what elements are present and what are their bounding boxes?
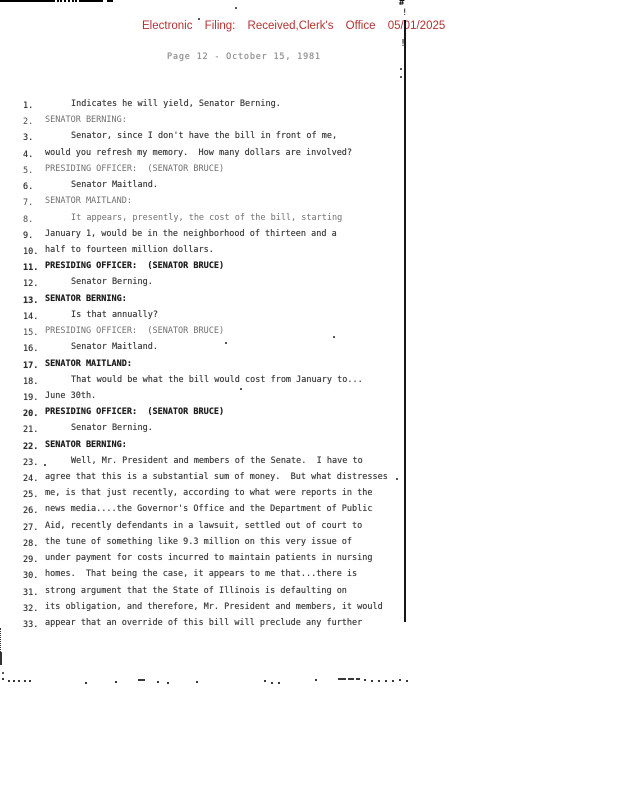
line-text: PRESIDING OFFICER: (SENATOR BRUCE) <box>45 326 224 336</box>
line-number: 10. <box>23 244 45 260</box>
line-number: 3. <box>23 130 45 146</box>
scan-noise <box>264 680 266 682</box>
line-text: June 30th. <box>45 391 96 401</box>
line-text: It appears, presently, the cost of the b… <box>45 213 342 223</box>
line-text: agree that this is a substantial sum of … <box>45 472 388 482</box>
line-text: Senator Berning. <box>45 423 153 433</box>
transcript-line: 32.its obligation, and therefore, Mr. Pr… <box>23 599 388 615</box>
transcript-line: 28.the tune of something like 9.3 millio… <box>23 534 388 550</box>
transcript-line: 25.me, is that just recently, according … <box>23 485 388 501</box>
line-text: Senator Berning. <box>45 277 153 287</box>
line-number: 27. <box>23 520 45 536</box>
transcript-line: 8.It appears, presently, the cost of the… <box>23 210 388 226</box>
transcript-line: 11.PRESIDING OFFICER: (SENATOR BRUCE) <box>23 258 388 274</box>
line-number: 11. <box>23 260 45 276</box>
scan-speck <box>396 478 398 480</box>
line-text: SENATOR BERNING: <box>45 115 127 125</box>
transcript-line: 14.Is that annually? <box>23 307 388 323</box>
line-text: news media....the Governor's Office and … <box>45 504 373 514</box>
transcript-line: 23.Well, Mr. President and members of th… <box>23 453 388 469</box>
line-text: half to fourteen million dollars. <box>45 245 214 255</box>
transcript-line: 24.agree that this is a substantial sum … <box>23 469 388 485</box>
transcript-line: 17.SENATOR MAITLAND: <box>23 356 388 372</box>
scan-noise <box>2 678 4 680</box>
line-text: homes. That being the case, it appears t… <box>45 569 357 579</box>
line-number: 18. <box>23 374 45 390</box>
line-number: 16. <box>23 341 45 357</box>
scan-noise <box>271 682 273 684</box>
transcript-line: 1.Indicates he will yield, Senator Berni… <box>23 96 388 112</box>
line-number: 28. <box>23 536 45 552</box>
scan-speck <box>198 18 200 20</box>
transcript-line: 13.SENATOR BERNING: <box>23 291 388 307</box>
transcript-line: 18.That would be what the bill would cos… <box>23 372 388 388</box>
transcript-line: 3.Senator, since I don't have the bill i… <box>23 128 388 144</box>
line-number: 25. <box>23 487 45 503</box>
scan-noise <box>8 680 10 682</box>
scan-noise <box>385 680 387 682</box>
scan-noise <box>13 680 15 682</box>
line-number: 12. <box>23 276 45 292</box>
scan-noise <box>278 682 280 684</box>
scan-speck <box>235 7 237 9</box>
line-number: 21. <box>23 422 45 438</box>
scan-vertical-line <box>404 20 406 622</box>
page-header: Page 12 - October 15, 1981 <box>167 52 321 62</box>
scan-exclamation-mark: ! <box>402 8 407 18</box>
line-number: 22. <box>23 439 45 455</box>
transcript-line: 31.strong argument that the State of Ill… <box>23 583 388 599</box>
line-number: 8. <box>23 212 45 228</box>
scan-noise <box>196 681 198 683</box>
scan-artifact-left-dotted <box>0 628 1 652</box>
scanned-transcript-page: Electronic Filing: Received,Clerk's Offi… <box>0 0 618 800</box>
scan-noise <box>371 680 373 682</box>
line-number: 32. <box>23 601 45 617</box>
scan-artifact-top-line <box>79 0 103 2</box>
line-number: 17. <box>23 358 45 374</box>
line-number: 24. <box>23 471 45 487</box>
line-text: the tune of something like 9.3 million o… <box>45 537 352 547</box>
line-text: appear that an override of this bill wil… <box>45 618 362 628</box>
line-text: under payment for costs incurred to main… <box>45 553 373 563</box>
transcript-line: 33.appear that an override of this bill … <box>23 615 388 631</box>
line-number: 26. <box>23 503 45 519</box>
transcript-line: 16.Senator Maitland. <box>23 339 388 355</box>
scan-noise <box>167 682 169 684</box>
transcript-line: 15.PRESIDING OFFICER: (SENATOR BRUCE) <box>23 323 388 339</box>
scan-noise <box>406 680 408 682</box>
scan-noise <box>138 679 145 681</box>
scan-noise <box>29 680 31 682</box>
transcript-line: 4.would you refresh my memory. How many … <box>23 145 388 161</box>
transcript-line: 27.Aid, recently defendants in a lawsuit… <box>23 518 388 534</box>
line-text: Senator, since I don't have the bill in … <box>45 131 337 141</box>
line-text: That would be what the bill would cost f… <box>45 375 363 385</box>
scan-noise <box>24 680 26 682</box>
scan-noise <box>85 682 87 684</box>
line-text: SENATOR MAITLAND: <box>45 359 132 369</box>
scan-noise <box>364 679 366 681</box>
efiling-stamp: Electronic Filing: Received,Clerk's Offi… <box>142 20 445 32</box>
scan-noise <box>348 678 354 680</box>
scan-noise <box>115 681 117 683</box>
line-number: 19. <box>23 390 45 406</box>
scan-speck <box>2 672 4 674</box>
transcript-line: 19.June 30th. <box>23 388 388 404</box>
scan-artifact-top-dotted <box>57 0 77 2</box>
line-text: PRESIDING OFFICER: (SENATOR BRUCE) <box>45 261 224 271</box>
scan-exclamation-mark: ! <box>400 38 406 49</box>
line-text: Is that annually? <box>45 310 158 320</box>
scan-noise <box>392 680 394 682</box>
line-text: Well, Mr. President and members of the S… <box>45 456 363 466</box>
scan-artifact-top-line <box>0 0 55 2</box>
transcript-line: 29.under payment for costs incurred to m… <box>23 550 388 566</box>
line-text: January 1, would be in the neighborhood … <box>45 229 337 239</box>
line-text: its obligation, and therefore, Mr. Presi… <box>45 602 383 612</box>
line-text: Senator Maitland. <box>45 180 158 190</box>
transcript-line: 12.Senator Berning. <box>23 274 388 290</box>
line-text: me, is that just recently, according to … <box>45 488 373 498</box>
line-number: 5. <box>23 163 45 179</box>
line-text: PRESIDING OFFICER: (SENATOR BRUCE) <box>45 164 224 174</box>
scan-speck <box>400 76 402 78</box>
transcript-line: 26.news media....the Governor's Office a… <box>23 501 388 517</box>
transcript-line: 7.SENATOR MAITLAND: <box>23 193 388 209</box>
line-text: would you refresh my memory. How many do… <box>45 148 352 158</box>
transcript-line: 22.SENATOR BERNING: <box>23 437 388 453</box>
line-text: Indicates he will yield, Senator Berning… <box>45 99 281 109</box>
line-number: 2. <box>23 114 45 130</box>
line-text: SENATOR BERNING: <box>45 294 127 304</box>
line-number: 23. <box>23 455 45 471</box>
line-number: 30. <box>23 568 45 584</box>
transcript-line: 9.January 1, would be in the neighborhoo… <box>23 226 388 242</box>
line-number: 9. <box>23 228 45 244</box>
scan-noise <box>18 680 20 682</box>
scan-artifact-top-line <box>107 0 113 2</box>
line-number: 33. <box>23 617 45 633</box>
transcript-line: 30.homes. That being the case, it appear… <box>23 566 388 582</box>
scan-noise <box>157 681 159 683</box>
scan-noise <box>356 678 360 680</box>
line-text: PRESIDING OFFICER: (SENATOR BRUCE) <box>45 407 224 417</box>
transcript-line: 21.Senator Berning. <box>23 420 388 436</box>
transcript-line: 2.SENATOR BERNING: <box>23 112 388 128</box>
scan-noise <box>315 679 317 681</box>
transcript-line: 10.half to fourteen million dollars. <box>23 242 388 258</box>
transcript-lines: 1.Indicates he will yield, Senator Berni… <box>23 96 388 631</box>
line-text: Senator Maitland. <box>45 342 158 352</box>
scan-hash-mark: # <box>399 0 404 8</box>
line-number: 13. <box>23 293 45 309</box>
line-text: Aid, recently defendants in a lawsuit, s… <box>45 521 362 531</box>
line-text: SENATOR BERNING: <box>45 440 127 450</box>
transcript-line: 5.PRESIDING OFFICER: (SENATOR BRUCE) <box>23 161 388 177</box>
line-number: 20. <box>23 406 45 422</box>
scan-speck <box>400 68 402 70</box>
line-number: 29. <box>23 552 45 568</box>
line-number: 15. <box>23 325 45 341</box>
transcript-line: 6.Senator Maitland. <box>23 177 388 193</box>
transcript-line: 20.PRESIDING OFFICER: (SENATOR BRUCE) <box>23 404 388 420</box>
scan-artifact-left-line <box>0 652 2 665</box>
line-text: strong argument that the State of Illino… <box>45 586 347 596</box>
line-number: 31. <box>23 585 45 601</box>
scan-noise <box>378 680 380 682</box>
scan-noise <box>338 678 346 680</box>
scan-noise <box>399 679 401 681</box>
line-text: SENATOR MAITLAND: <box>45 196 132 206</box>
